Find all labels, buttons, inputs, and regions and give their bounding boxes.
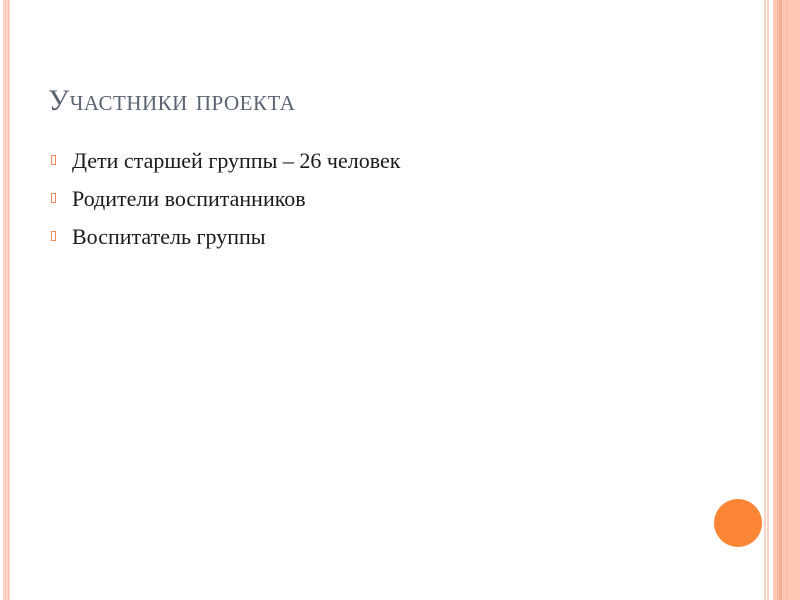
bullet-text: Родители воспитанников <box>72 186 306 211</box>
square-bullet-icon <box>51 231 56 241</box>
right-decorative-stripe-gap <box>766 0 767 600</box>
square-bullet-icon <box>51 193 56 203</box>
right-decorative-band-line <box>786 0 787 600</box>
square-bullet-icon <box>51 155 56 165</box>
bullet-list: Дети старшей группы – 26 человек Родител… <box>48 146 400 260</box>
right-decorative-band-line <box>779 0 782 600</box>
slide-title: Участники проекта <box>48 84 295 118</box>
bullet-text: Воспитатель группы <box>72 224 266 249</box>
right-decorative-band-line <box>777 0 778 600</box>
list-item: Родители воспитанников <box>48 184 400 222</box>
left-decorative-stripe-line <box>5 0 6 600</box>
list-item: Воспитатель группы <box>48 222 400 260</box>
list-item: Дети старшей группы – 26 человек <box>48 146 400 184</box>
left-decorative-stripe-line <box>8 0 9 600</box>
decorative-circle-icon <box>714 499 762 547</box>
bullet-text: Дети старшей группы – 26 человек <box>72 148 400 173</box>
